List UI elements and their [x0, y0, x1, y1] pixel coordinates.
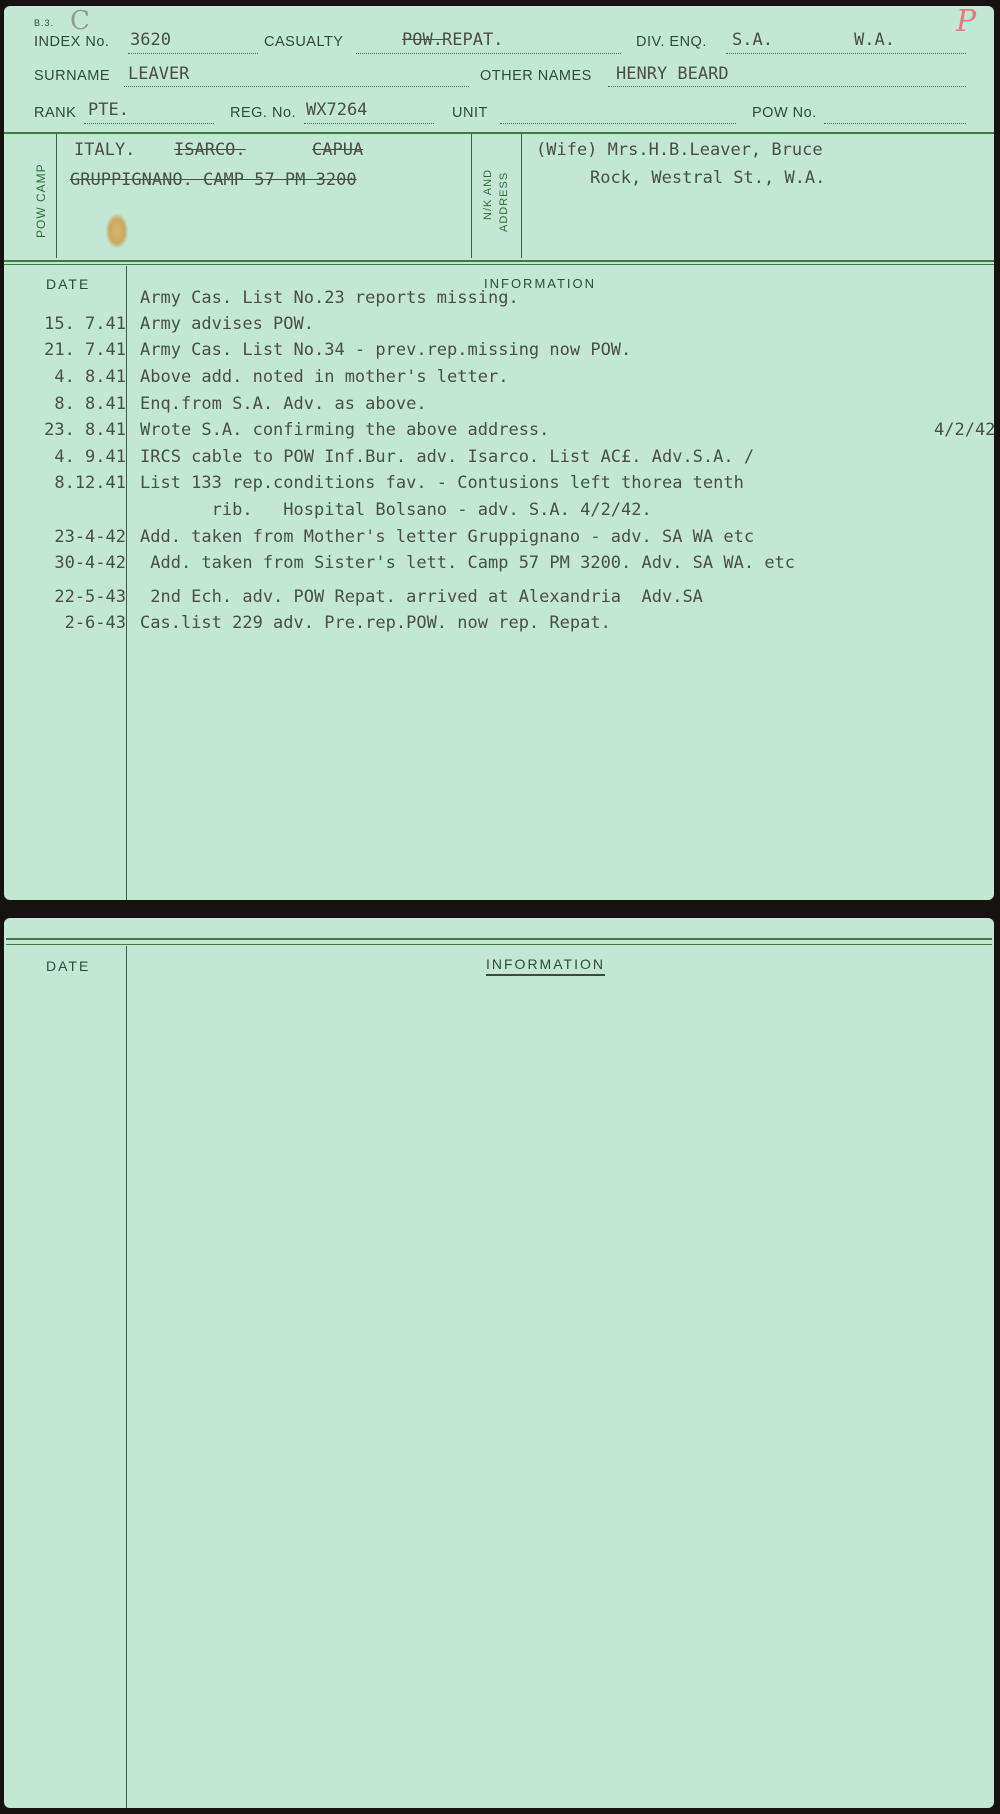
- entry-text: 2nd Ech. adv. POW Repat. arrived at Alex…: [140, 587, 703, 607]
- surname-label: SURNAME: [34, 68, 110, 84]
- entry-text: Army Cas. List No.34 - prev.rep.missing …: [140, 340, 631, 360]
- div-enq-label: DIV. ENQ.: [636, 34, 707, 50]
- paper-stain: [106, 214, 128, 248]
- entry-date: 30-4-42: [4, 553, 126, 573]
- index-value: 3620: [130, 30, 171, 50]
- nk-address-line1: (Wife) Mrs.H.B.Leaver, Bruce: [536, 140, 823, 160]
- pow-camp-country: ITALY.: [74, 140, 135, 160]
- record-card-front: B.3. C P INDEX No. 3620 CASUALTY POW. RE…: [4, 6, 994, 900]
- form-mark: C: [70, 6, 90, 36]
- entry-date: 23-4-42: [4, 527, 126, 547]
- date-header-back: DATE: [46, 958, 90, 974]
- entry-date: 8. 8.41: [4, 394, 126, 414]
- corner-pencil-mark: P: [956, 4, 976, 39]
- rank-label: RANK: [34, 105, 76, 121]
- rank-value: PTE.: [88, 100, 129, 120]
- other-names-value: HENRY BEARD: [616, 64, 729, 84]
- entry-text: Cas.list 229 adv. Pre.rep.POW. now rep. …: [140, 613, 611, 633]
- nk-label-2: ADDRESS: [498, 172, 510, 232]
- entry-date: 22-5-43: [4, 587, 126, 607]
- entry-text: Add. taken from Mother's letter Gruppign…: [140, 527, 754, 547]
- div-enq-value-2: W.A.: [854, 30, 895, 50]
- pow-camp-struck-gruppignano: GRUPPIGNANO. CAMP 57 PM 3200: [70, 170, 357, 190]
- pow-camp-label: POW CAMP: [34, 163, 48, 238]
- entry-text: Add. taken from Sister's lett. Camp 57 P…: [140, 553, 795, 573]
- index-label: INDEX No.: [34, 34, 109, 50]
- casualty-value: REPAT.: [442, 30, 503, 50]
- information-header-back: INFORMATION: [486, 956, 605, 976]
- entry-text: Army Cas. List No.23 reports missing.: [140, 288, 519, 308]
- entry-text: IRCS cable to POW Inf.Bur. adv. Isarco. …: [140, 447, 754, 467]
- entry-text: List 133 rep.conditions fav. - Contusion…: [140, 473, 744, 493]
- entry-text: Wrote S.A. confirming the above address.: [140, 420, 549, 440]
- entry-note: 4/2/42: [934, 420, 995, 440]
- pow-no-label: POW No.: [752, 105, 817, 121]
- pow-camp-struck-isarco: ISARCO.: [174, 140, 246, 160]
- entry-date: 8.12.41: [4, 473, 126, 493]
- entry-date: 15. 7.41: [4, 314, 126, 334]
- form-code: B.3.: [34, 18, 54, 28]
- entry-text: Above add. noted in mother's letter.: [140, 367, 508, 387]
- nk-address-line2: Rock, Westral St., W.A.: [590, 168, 825, 188]
- entry-date: 4. 9.41: [4, 447, 126, 467]
- entry-text: Army advises POW.: [140, 314, 314, 334]
- casualty-struck: POW.: [402, 30, 443, 50]
- entry-date: 23. 8.41: [4, 420, 126, 440]
- div-enq-value-1: S.A.: [732, 30, 773, 50]
- record-card-back: DATE INFORMATION: [4, 918, 994, 1808]
- entry-text: Enq.from S.A. Adv. as above.: [140, 394, 427, 414]
- entry-date: 2-6-43: [4, 613, 126, 633]
- surname-value: LEAVER: [128, 64, 189, 84]
- pow-camp-struck-capua: CAPUA: [312, 140, 363, 160]
- unit-label: UNIT: [452, 105, 488, 121]
- reg-no-label: REG. No.: [230, 105, 296, 121]
- date-header: DATE: [46, 276, 90, 292]
- entry-date: 4. 8.41: [4, 367, 126, 387]
- reg-no-value: WX7264: [306, 100, 367, 120]
- entry-date: 21. 7.41: [4, 340, 126, 360]
- entry-text: rib. Hospital Bolsano - adv. S.A. 4/2/42…: [140, 500, 652, 520]
- nk-label-1: N/K AND: [482, 169, 494, 220]
- other-names-label: OTHER NAMES: [480, 68, 592, 84]
- casualty-label: CASUALTY: [264, 34, 343, 50]
